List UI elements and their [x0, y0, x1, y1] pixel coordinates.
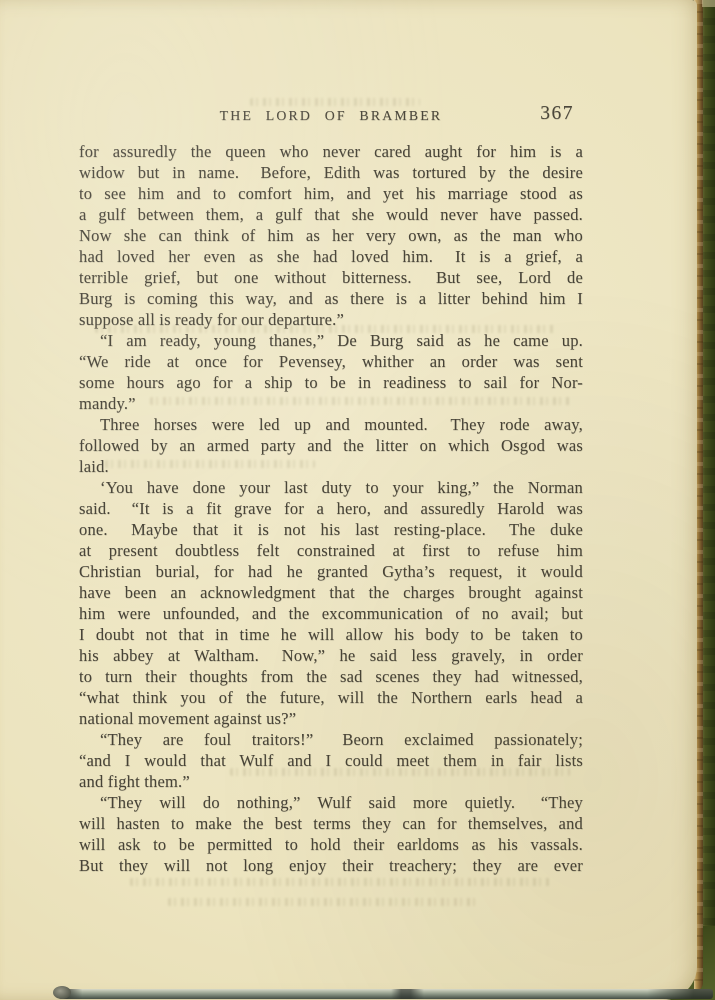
text-line: had loved her even as she had loved him.… [79, 246, 583, 267]
text-line: suppose all is ready for our departure.” [79, 309, 583, 330]
text-line: “They will do nothing,” Wulf said more q… [79, 792, 583, 813]
text-line: to turn their thoughts from the sad scen… [79, 666, 583, 687]
text-line: I doubt not that in time he will allow h… [79, 624, 583, 645]
book-scan: THE LORD OF BRAMBER 367 for assuredly th… [0, 0, 715, 1000]
text-line: and fight them.” [79, 771, 583, 792]
book-page: THE LORD OF BRAMBER 367 for assuredly th… [0, 0, 697, 1000]
text-line: Three horses were led up and mounted. Th… [79, 414, 583, 435]
text-line: a gulf between them, a gulf that she wou… [79, 204, 583, 225]
paragraph: ‘You have done your last duty to your ki… [79, 477, 583, 729]
text-line: at present doubtless felt constrained at… [79, 540, 583, 561]
text-line: “We ride at once for Pevensey, whither a… [79, 351, 583, 372]
paragraph: “They will do nothing,” Wulf said more q… [79, 792, 583, 876]
paragraph: “They are foul traitors!” Beorn exclaime… [79, 729, 583, 792]
page-body: for assuredly the queen who never cared … [79, 141, 583, 876]
page-number: 367 [540, 102, 574, 126]
text-line: followed by an armed party and the litte… [79, 435, 583, 456]
text-line: some hours ago for a ship to be in readi… [79, 372, 583, 393]
page-edge-top-notch [702, 0, 715, 7]
running-head: THE LORD OF BRAMBER 367 [79, 105, 583, 127]
book-cover-edge [701, 0, 715, 1000]
text-line: for assuredly the queen who never cared … [79, 141, 583, 162]
text-line: one. Maybe that it is not his last resti… [79, 519, 583, 540]
text-line: will ask to be permitted to hold their e… [79, 834, 583, 855]
text-line: his abbey at Waltham. Now,” he said less… [79, 645, 583, 666]
text-line: laid. [79, 456, 583, 477]
text-line: Christian burial, for had he granted Gyt… [79, 561, 583, 582]
showthrough-texture [168, 898, 478, 906]
running-title: THE LORD OF BRAMBER [220, 105, 443, 127]
paragraph: for assuredly the queen who never cared … [79, 141, 583, 330]
text-line: But they will not long enjoy their treac… [79, 855, 583, 876]
text-line: “I am ready, young thanes,” De Burg said… [79, 330, 583, 351]
text-line: mandy.” [79, 393, 583, 414]
text-line: terrible grief, but one without bitterne… [79, 267, 583, 288]
text-line: “and I would that Wulf and I could meet … [79, 750, 583, 771]
text-line: have been an acknowledgment that the cha… [79, 582, 583, 603]
text-line: widow but in name. Before, Edith was tor… [79, 162, 583, 183]
showthrough-texture [130, 878, 550, 886]
text-line: said. “It is a fit grave for a hero, and… [79, 498, 583, 519]
paragraph: “I am ready, young thanes,” De Burg said… [79, 330, 583, 414]
text-line: him were unfounded, and the excommunicat… [79, 603, 583, 624]
text-line: ‘You have done your last duty to your ki… [79, 477, 583, 498]
paragraph: Three horses were led up and mounted. Th… [79, 414, 583, 477]
text-line: will hasten to make the best terms they … [79, 813, 583, 834]
text-line: national movement against us?” [79, 708, 583, 729]
text-line: to see him and to comfort him, and yet h… [79, 183, 583, 204]
text-line: Now she can think of him as her very own… [79, 225, 583, 246]
text-line: Burg is coming this way, and as there is… [79, 288, 583, 309]
text-line: “what think you of the future, will the … [79, 687, 583, 708]
table-edge [56, 989, 713, 999]
text-line: “They are foul traitors!” Beorn exclaime… [79, 729, 583, 750]
